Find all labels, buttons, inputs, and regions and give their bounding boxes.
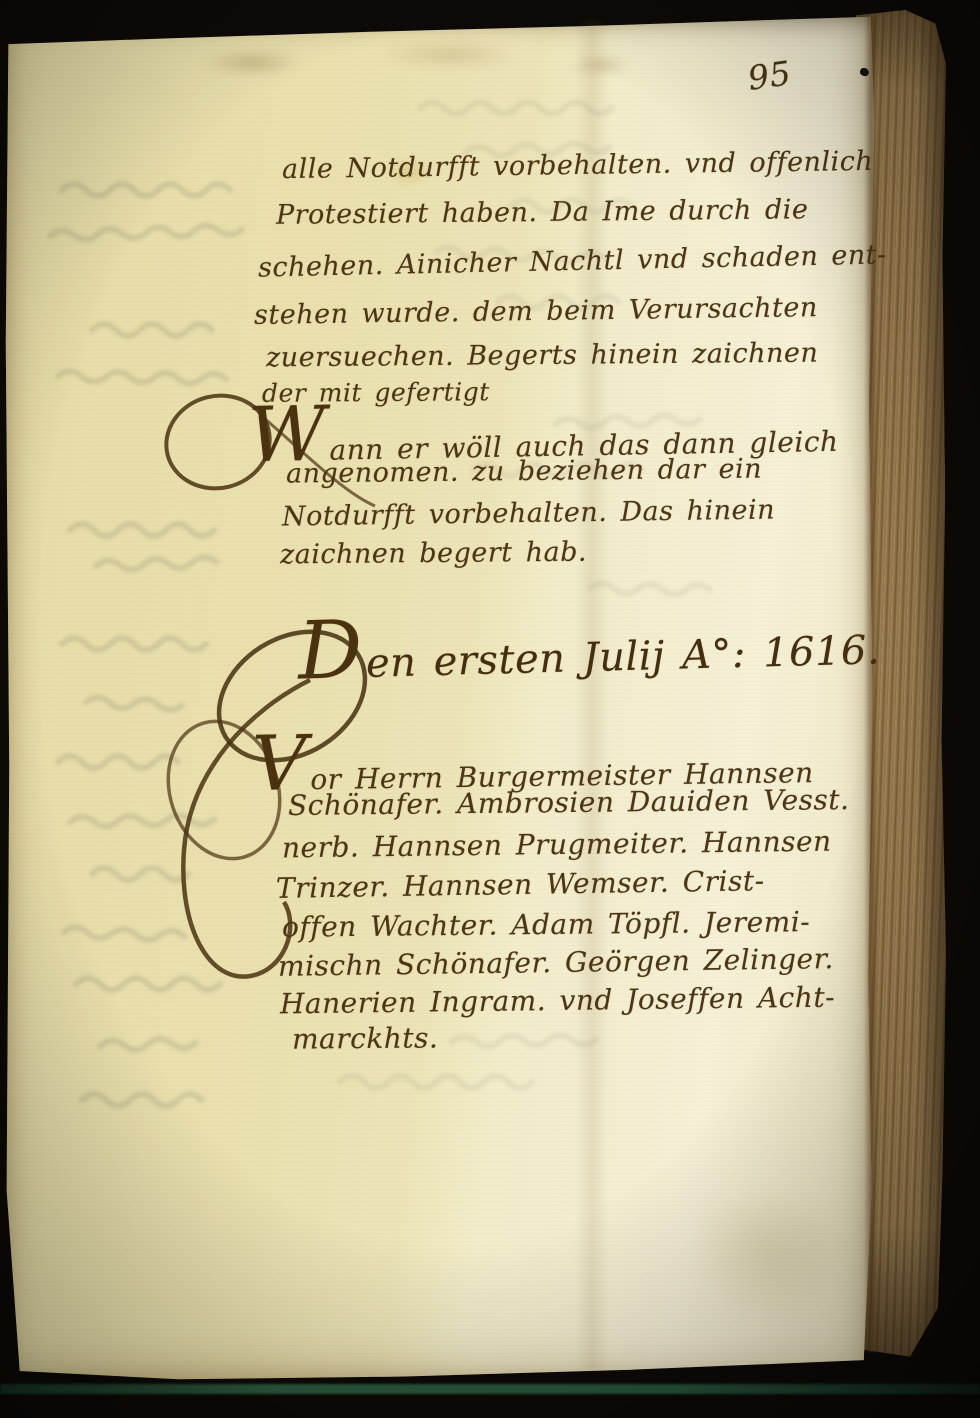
text-line: angenomen. zu beziehen dar ein <box>286 454 762 490</box>
text-line: Protestiert haben. Da Ime durch die <box>276 194 809 231</box>
text-line: marckhts. <box>292 1021 439 1055</box>
text-line: zuersuechen. Begerts hinein zaichnen <box>266 338 819 374</box>
text-line: Hanerien Ingram. vnd Joseffen Acht- <box>280 981 835 1021</box>
text-line: zaichnen begert hab. <box>280 537 587 571</box>
text-line: Schönafer. Ambrosien Dauiden Vesst. <box>288 783 850 822</box>
text-line: offen Wachter. Adam Töpfl. Jeremi- <box>282 905 811 944</box>
text-line: nerb. Hannsen Prugmeiter. Hannsen <box>282 825 832 865</box>
folio-number: 95 <box>745 53 793 98</box>
manuscript-photo: 95 alle Notdurfft vorbehalten. vnd offen… <box>0 0 980 1418</box>
